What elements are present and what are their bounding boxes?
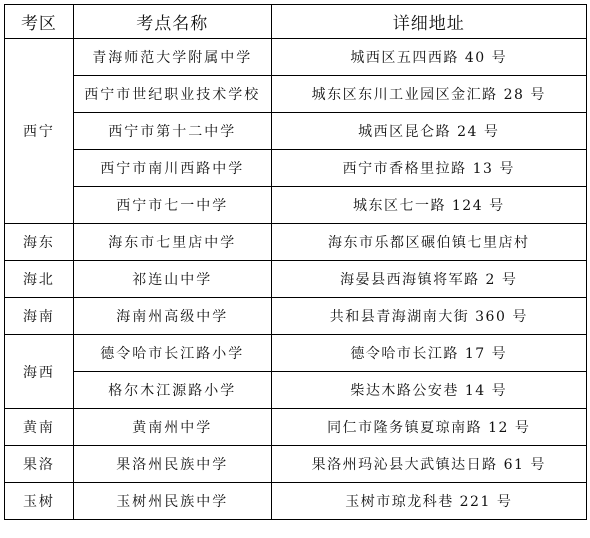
table-row: 海东 海东市七里店中学 海东市乐都区碾伯镇七里店村 — [5, 224, 587, 261]
address-cell: 城西区五四西路 40 号 — [271, 39, 586, 76]
address-cell: 德令哈市长江路 17 号 — [271, 335, 586, 372]
table-row: 西宁市世纪职业技术学校 城东区东川工业园区金汇路 28 号 — [5, 76, 587, 113]
address-cell: 西宁市香格里拉路 13 号 — [271, 150, 586, 187]
table-row: 西宁市南川西路中学 西宁市香格里拉路 13 号 — [5, 150, 587, 187]
header-site-name: 考点名称 — [73, 5, 271, 39]
header-address: 详细地址 — [271, 5, 586, 39]
site-name-cell: 西宁市南川西路中学 — [73, 150, 271, 187]
region-cell: 海西 — [5, 335, 74, 409]
region-cell: 海南 — [5, 298, 74, 335]
address-cell: 柴达木路公安巷 14 号 — [271, 372, 586, 409]
table-row: 西宁市七一中学 城东区七一路 124 号 — [5, 187, 587, 224]
address-cell: 海晏县西海镇将军路 2 号 — [271, 261, 586, 298]
region-cell: 西宁 — [5, 39, 74, 224]
site-name-cell: 西宁市世纪职业技术学校 — [73, 76, 271, 113]
address-cell: 城东区七一路 124 号 — [271, 187, 586, 224]
region-cell: 玉树 — [5, 483, 74, 520]
region-cell: 海北 — [5, 261, 74, 298]
address-cell: 共和县青海湖南大街 360 号 — [271, 298, 586, 335]
site-name-cell: 海东市七里店中学 — [73, 224, 271, 261]
address-cell: 玉树市琼龙科巷 221 号 — [271, 483, 586, 520]
region-cell: 海东 — [5, 224, 74, 261]
table-row: 格尔木江源路小学 柴达木路公安巷 14 号 — [5, 372, 587, 409]
site-name-cell: 玉树州民族中学 — [73, 483, 271, 520]
table-row: 玉树 玉树州民族中学 玉树市琼龙科巷 221 号 — [5, 483, 587, 520]
table-row: 西宁 青海师范大学附属中学 城西区五四西路 40 号 — [5, 39, 587, 76]
region-cell: 黄南 — [5, 409, 74, 446]
table-row: 西宁市第十二中学 城西区昆仑路 24 号 — [5, 113, 587, 150]
site-name-cell: 德令哈市长江路小学 — [73, 335, 271, 372]
table-row: 黄南 黄南州中学 同仁市隆务镇夏琼南路 12 号 — [5, 409, 587, 446]
site-name-cell: 海南州高级中学 — [73, 298, 271, 335]
exam-sites-table: 考区 考点名称 详细地址 西宁 青海师范大学附属中学 城西区五四西路 40 号 … — [4, 4, 587, 520]
address-cell: 同仁市隆务镇夏琼南路 12 号 — [271, 409, 586, 446]
address-cell: 海东市乐都区碾伯镇七里店村 — [271, 224, 586, 261]
table-row: 海南 海南州高级中学 共和县青海湖南大街 360 号 — [5, 298, 587, 335]
address-cell: 果洛州玛沁县大武镇达日路 61 号 — [271, 446, 586, 483]
site-name-cell: 青海师范大学附属中学 — [73, 39, 271, 76]
site-name-cell: 西宁市第十二中学 — [73, 113, 271, 150]
table-row: 果洛 果洛州民族中学 果洛州玛沁县大武镇达日路 61 号 — [5, 446, 587, 483]
site-name-cell: 黄南州中学 — [73, 409, 271, 446]
header-row: 考区 考点名称 详细地址 — [5, 5, 587, 39]
site-name-cell: 祁连山中学 — [73, 261, 271, 298]
address-cell: 城西区昆仑路 24 号 — [271, 113, 586, 150]
table-row: 海西 德令哈市长江路小学 德令哈市长江路 17 号 — [5, 335, 587, 372]
site-name-cell: 格尔木江源路小学 — [73, 372, 271, 409]
header-region: 考区 — [5, 5, 74, 39]
table-row: 海北 祁连山中学 海晏县西海镇将军路 2 号 — [5, 261, 587, 298]
site-name-cell: 西宁市七一中学 — [73, 187, 271, 224]
site-name-cell: 果洛州民族中学 — [73, 446, 271, 483]
address-cell: 城东区东川工业园区金汇路 28 号 — [271, 76, 586, 113]
region-cell: 果洛 — [5, 446, 74, 483]
